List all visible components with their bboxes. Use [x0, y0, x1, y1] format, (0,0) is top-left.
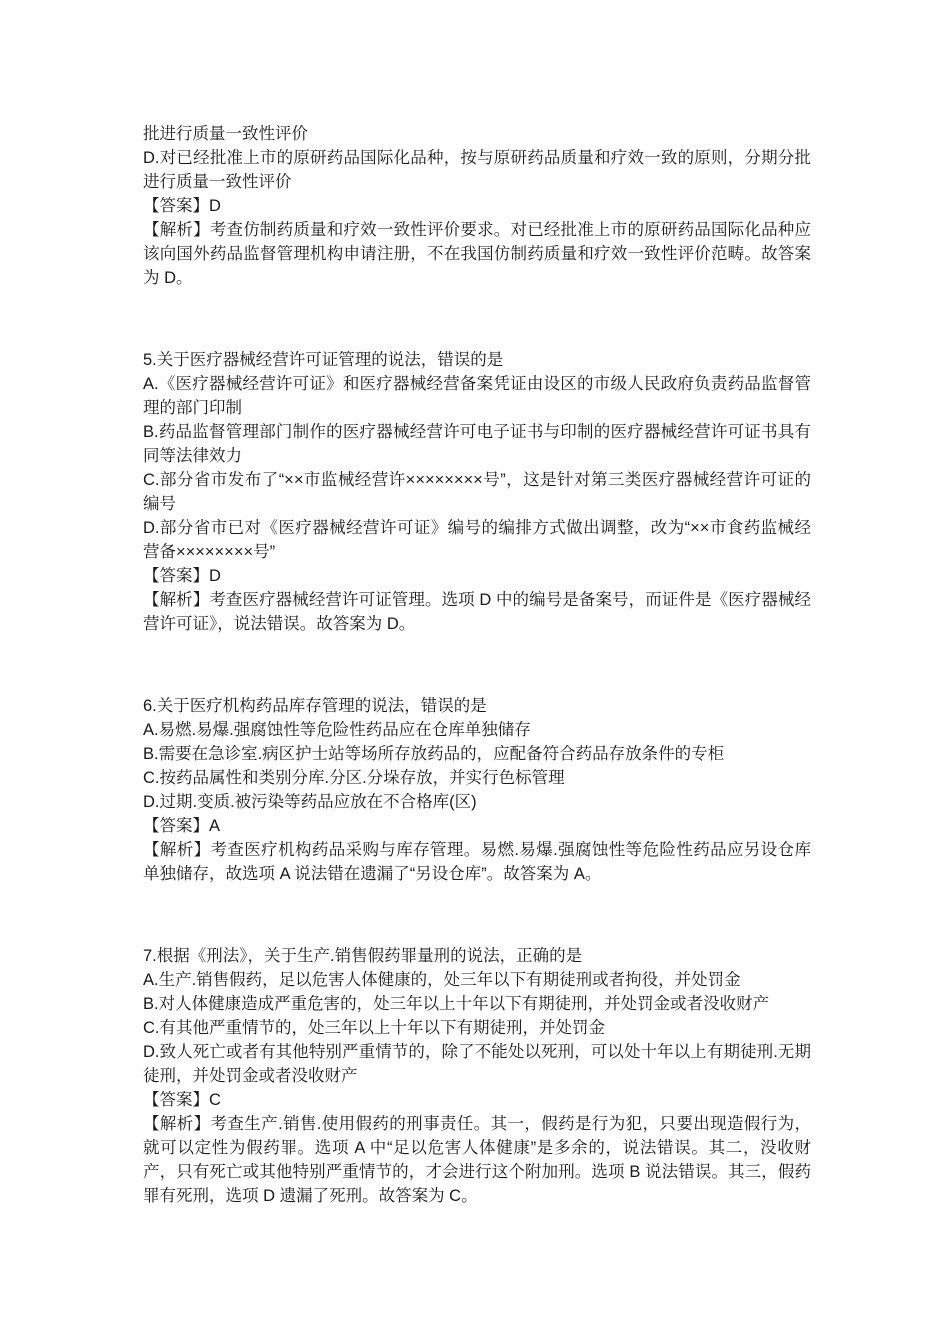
analysis-line: 【解析】考查医疗器械经营许可证管理。选项 D 中的编号是备案号，而证件是《医疗器… [143, 588, 811, 636]
analysis-line: 【解析】考查仿制药质量和疗效一致性评价要求。对已经批准上市的原研药品国际化品种应… [143, 218, 811, 290]
answer-line: 【答案】C [143, 1088, 811, 1112]
option-a: A.生产.销售假药，足以危害人体健康的，处三年以下有期徒刑或者拘役，并处罚金 [143, 968, 811, 992]
question-block-7: 7.根据《刑法》，关于生产.销售假药罪量刑的说法，正确的是 A.生产.销售假药，… [143, 944, 811, 1208]
option-a: A.《医疗器械经营许可证》和医疗器械经营备案凭证由设区的市级人民政府负责药品监督… [143, 372, 811, 420]
document-page: 批进行质量一致性评价 D.对已经批准上市的原研药品国际化品种，按与原研药品质量和… [0, 0, 950, 1344]
answer-line: 【答案】A [143, 814, 811, 838]
answer-line: 【答案】D [143, 564, 811, 588]
question-stem: 7.根据《刑法》，关于生产.销售假药罪量刑的说法，正确的是 [143, 944, 811, 968]
option-d: D.致人死亡或者有其他特别严重情节的，除了不能处以死刑，可以处十年以上有期徒刑.… [143, 1040, 811, 1088]
continuation-line: 批进行质量一致性评价 [143, 122, 811, 146]
option-b: B.需要在急诊室.病区护士站等场所存放药品的，应配备符合药品存放条件的专柜 [143, 742, 811, 766]
option-d: D.部分省市已对《医疗器械经营许可证》编号的编排方式做出调整，改为“××市食药监… [143, 516, 811, 564]
question-stem: 5.关于医疗器械经营许可证管理的说法，错误的是 [143, 348, 811, 372]
question-block-4-continuation: 批进行质量一致性评价 D.对已经批准上市的原研药品国际化品种，按与原研药品质量和… [143, 122, 811, 290]
analysis-line: 【解析】考查生产.销售.使用假药的刑事责任。其一，假药是行为犯，只要出现造假行为… [143, 1112, 811, 1208]
option-c: C.有其他严重情节的，处三年以上十年以下有期徒刑，并处罚金 [143, 1016, 811, 1040]
option-b: B.药品监督管理部门制作的医疗器械经营许可电子证书与印制的医疗器械经营许可证书具… [143, 420, 811, 468]
analysis-line: 【解析】考查医疗机构药品采购与库存管理。易燃.易爆.强腐蚀性等危险性药品应另设仓… [143, 838, 811, 886]
option-c: C.按药品属性和类别分库.分区.分垛存放，并实行色标管理 [143, 766, 811, 790]
question-block-6: 6.关于医疗机构药品库存管理的说法，错误的是 A.易燃.易爆.强腐蚀性等危险性药… [143, 694, 811, 886]
option-c: C.部分省市发布了“××市监械经营许××××××××号”，这是针对第三类医疗器械… [143, 468, 811, 516]
option-a: A.易燃.易爆.强腐蚀性等危险性药品应在仓库单独储存 [143, 718, 811, 742]
answer-line: 【答案】D [143, 194, 811, 218]
question-stem: 6.关于医疗机构药品库存管理的说法，错误的是 [143, 694, 811, 718]
question-block-5: 5.关于医疗器械经营许可证管理的说法，错误的是 A.《医疗器械经营许可证》和医疗… [143, 348, 811, 636]
option-d: D.过期.变质.被污染等药品应放在不合格库(区) [143, 790, 811, 814]
option-b: B.对人体健康造成严重危害的，处三年以上十年以下有期徒刑，并处罚金或者没收财产 [143, 992, 811, 1016]
option-d: D.对已经批准上市的原研药品国际化品种，按与原研药品质量和疗效一致的原则，分期分… [143, 146, 811, 194]
document-content: 批进行质量一致性评价 D.对已经批准上市的原研药品国际化品种，按与原研药品质量和… [143, 122, 811, 1208]
